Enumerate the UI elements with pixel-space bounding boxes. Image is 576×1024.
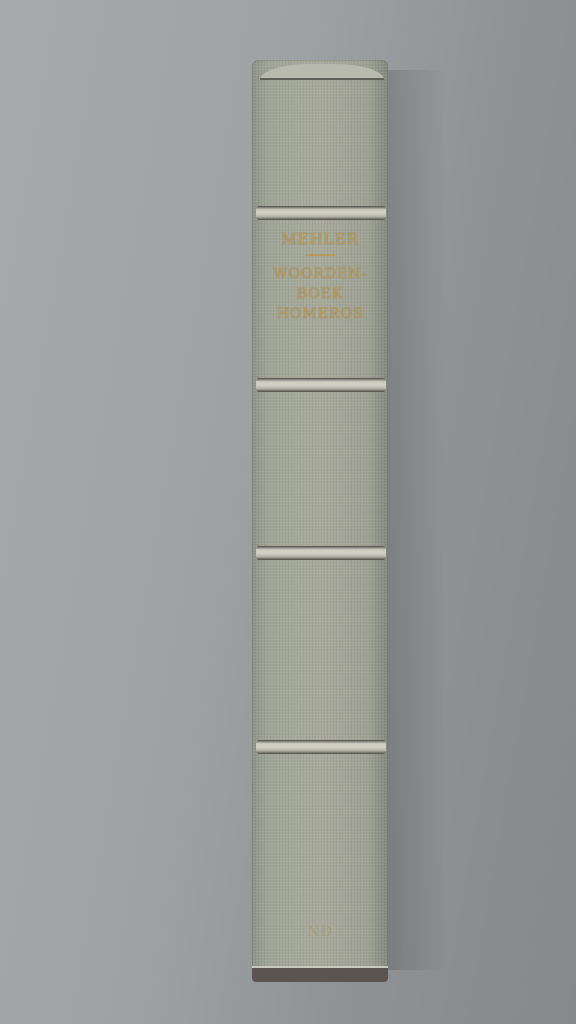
- spine-rule: [305, 254, 335, 256]
- spine-band: [256, 740, 386, 754]
- spine-headcap: [260, 64, 384, 80]
- spine-band: [256, 206, 386, 220]
- spine-band: [256, 546, 386, 560]
- book-spine: MEHLER WOORDEN- BOEK HOMEROS ND: [252, 60, 388, 982]
- spine-band: [256, 378, 386, 392]
- spine-tailcap: [252, 966, 388, 982]
- spine-shadow: [385, 70, 445, 970]
- publisher-monogram: ND: [252, 924, 388, 940]
- spine-author: MEHLER: [252, 230, 388, 248]
- spine-title-block: MEHLER WOORDEN- BOEK HOMEROS: [252, 230, 388, 324]
- spine-title-line: WOORDEN-: [252, 264, 388, 284]
- spine-title-line: BOEK: [252, 284, 388, 304]
- spine-title-line: HOMEROS: [252, 304, 388, 324]
